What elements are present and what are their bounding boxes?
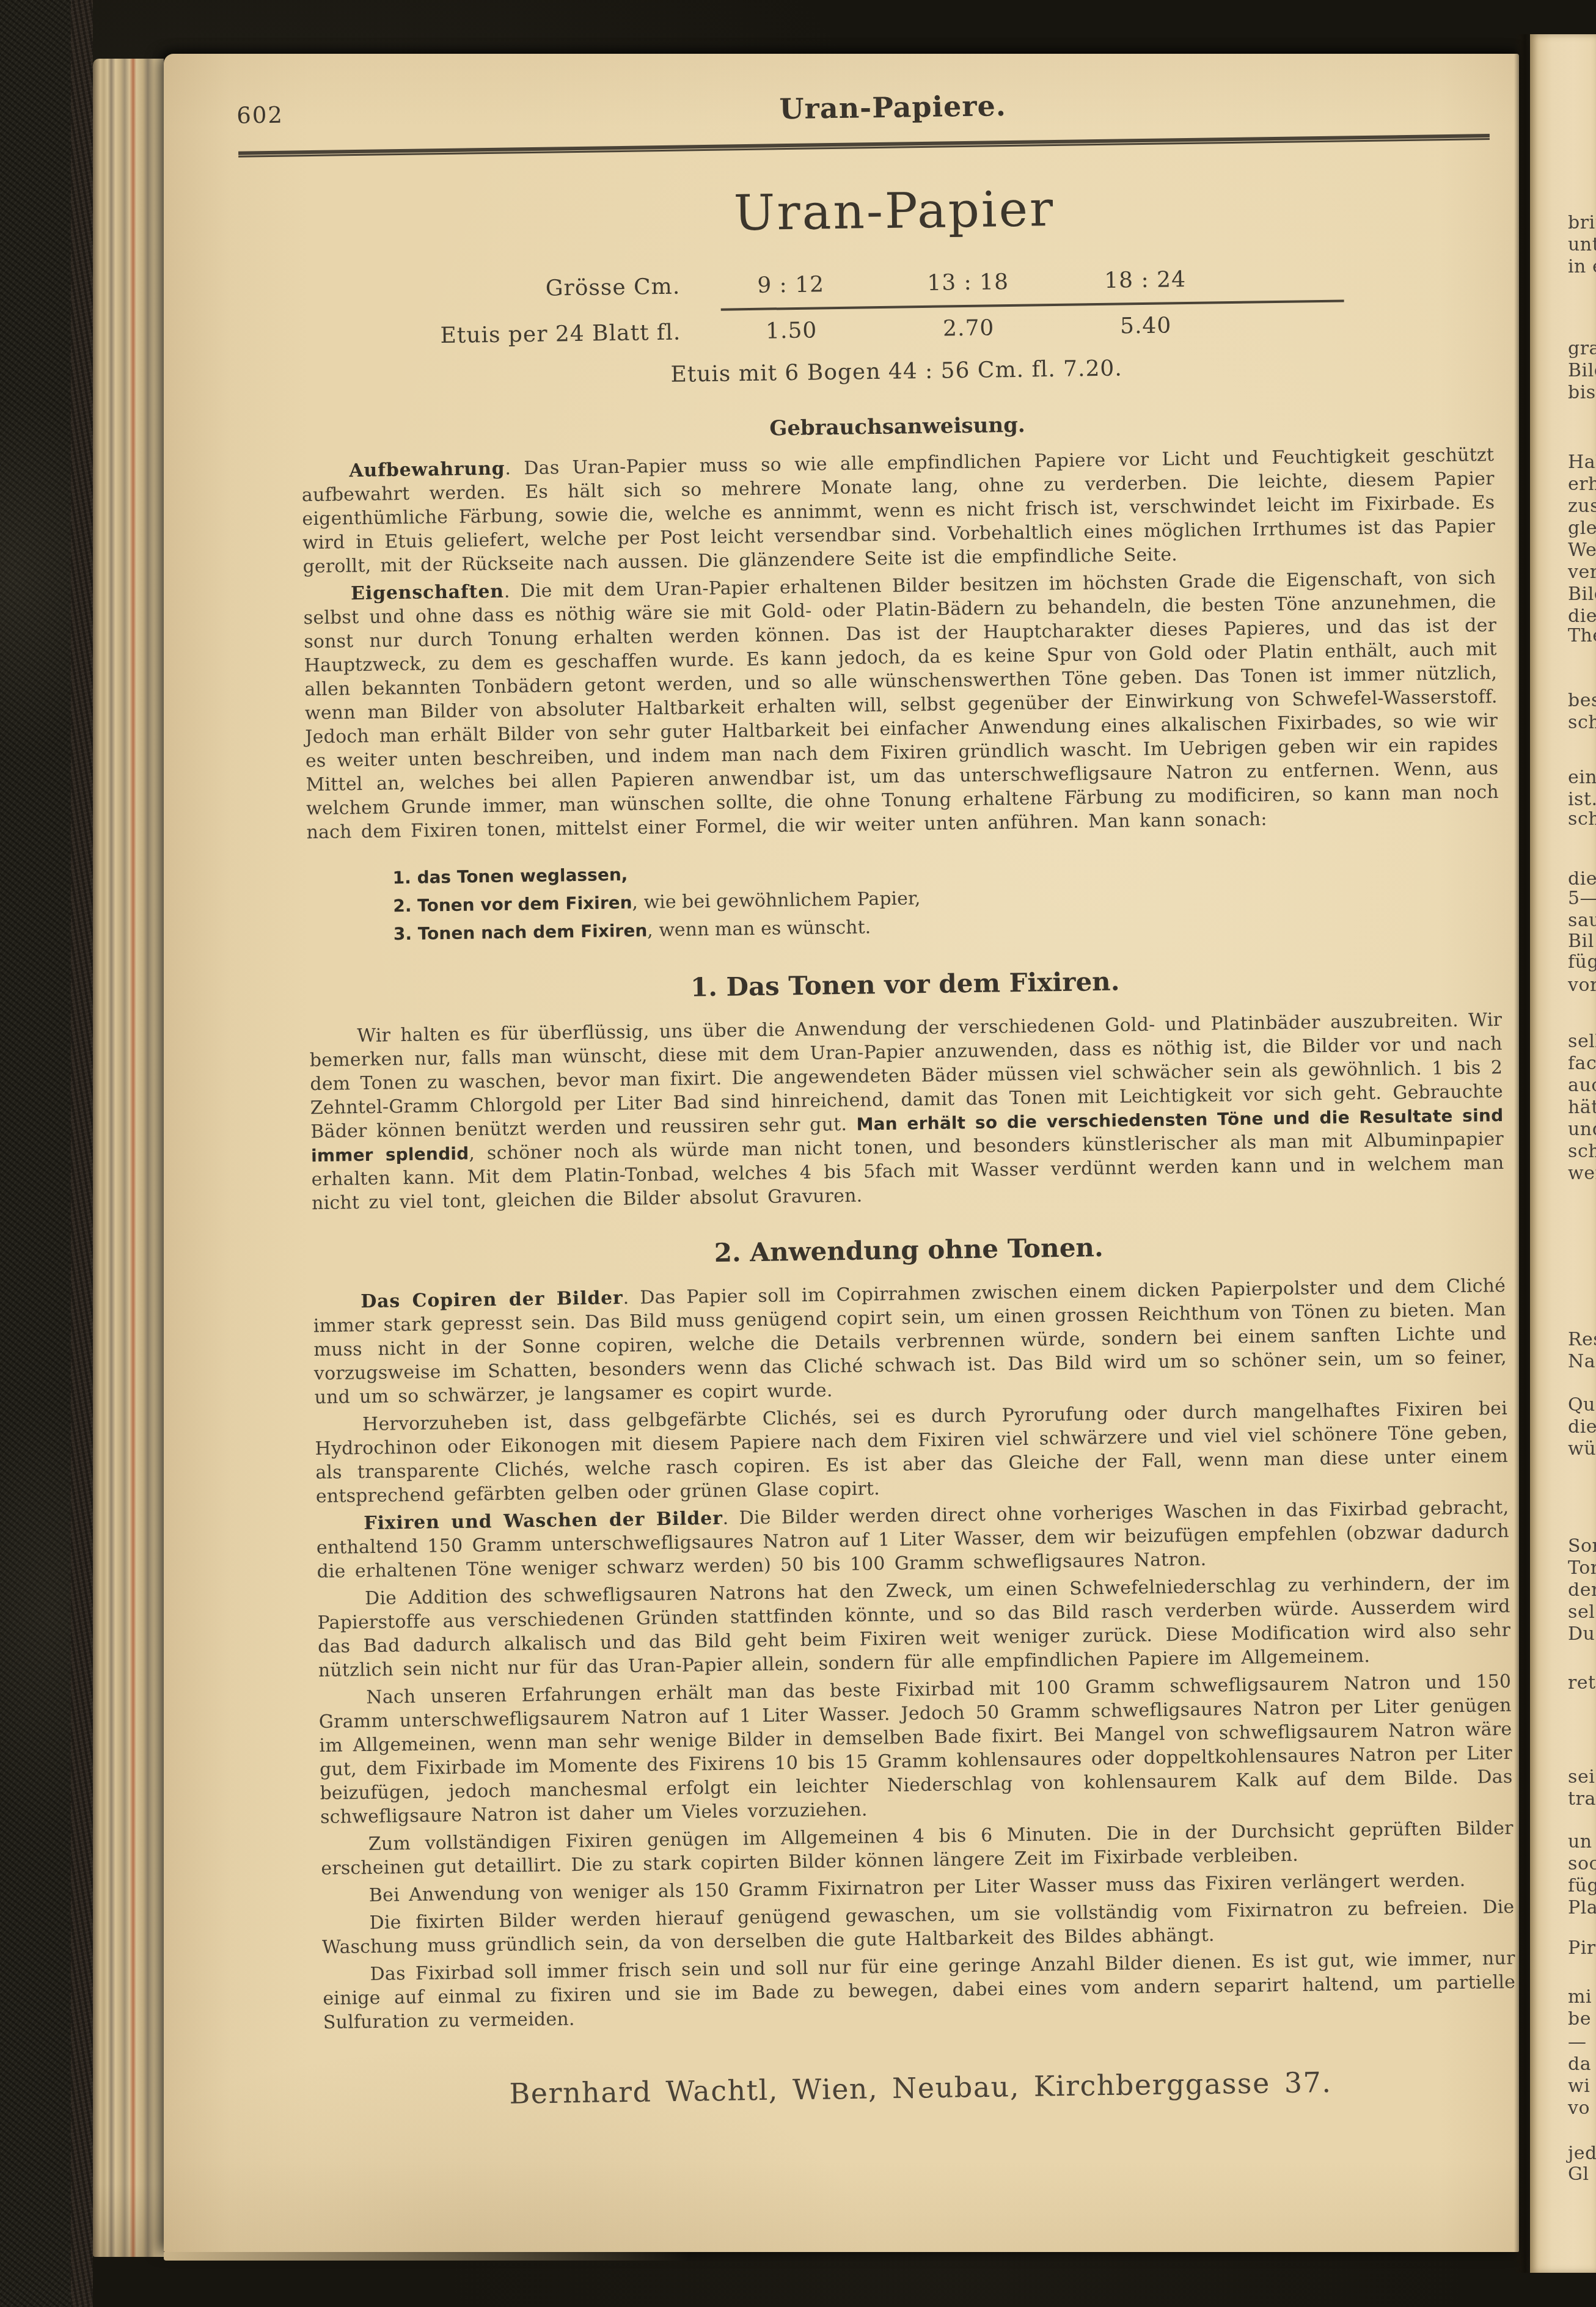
edge-fragment: grap: [1568, 338, 1596, 359]
edge-fragment: dies: [1568, 869, 1596, 890]
next-page-edge: bringuntein eigrapBildbis aHalterhazuset…: [1530, 34, 1596, 2273]
edge-fragment: Du: [1568, 1624, 1595, 1645]
toning-section-heading: 1. Das Tonen vor dem Fixiren.: [309, 961, 1501, 1007]
edge-fragment: jed: [1568, 2143, 1596, 2164]
text-run: . Die Bilder werden direct ohne vorherig…: [317, 1497, 1509, 1582]
edge-fragment: vor: [1568, 975, 1596, 996]
edge-fragment: wen: [1568, 1163, 1596, 1184]
catalog-page: 602 Uran-Papiere. Uran-Papier Grösse Cm.…: [164, 54, 1519, 2252]
price-value: 1.50: [703, 317, 880, 345]
edge-fragment: veru: [1568, 562, 1596, 583]
text-run: 2. Tonen vor dem Fixiren: [393, 893, 632, 916]
edge-fragment: vo: [1568, 2098, 1590, 2119]
edge-fragment: Pir: [1568, 1938, 1596, 1959]
edge-fragment: Halt: [1568, 452, 1596, 473]
edge-fragment: Na: [1568, 1351, 1595, 1372]
edge-fragment: be: [1568, 2009, 1591, 2030]
edge-fragment: selb: [1568, 1031, 1596, 1052]
edge-fragment: schw: [1568, 712, 1596, 733]
size-value: 9 : 12: [702, 271, 880, 299]
text-run: 3. Tonen nach dem Fixiren: [394, 920, 648, 944]
edge-fragment: Wen: [1568, 540, 1596, 561]
edge-fragment: Bild: [1568, 584, 1596, 605]
edge-fragment: bis a: [1568, 382, 1596, 403]
edge-fragment: Thei: [1568, 626, 1596, 646]
edge-fragment: Bil: [1568, 931, 1594, 952]
paragraph-fresh-bath: Das Fixirbad soll immer frisch sein und …: [322, 1947, 1515, 2035]
edge-fragment: der: [1568, 1580, 1596, 1601]
table-rule: [721, 299, 1344, 310]
running-header: Uran-Papiere.: [296, 82, 1490, 132]
edge-fragment: Pla: [1568, 1898, 1596, 1918]
page-content: 602 Uran-Papiere. Uran-Papier Grösse Cm.…: [152, 45, 1537, 2262]
text-run: . Die mit dem Uran-Papier erhaltenen Bil…: [303, 567, 1499, 843]
bottom-page-edge: [164, 2252, 689, 2261]
edge-fragment: schö: [1568, 809, 1596, 830]
page-gutter: [1514, 34, 1531, 2273]
edge-fragment: da: [1568, 2054, 1591, 2075]
edge-fragment: Bild: [1568, 360, 1596, 381]
edge-fragment: auch: [1568, 1075, 1596, 1096]
text-run: Aufbewahrung: [349, 458, 505, 482]
text-run: , schöner noch als würde man nicht tonen…: [311, 1128, 1504, 1214]
edge-fragment: 5—6: [1568, 888, 1596, 909]
edge-fragment: facu: [1568, 1053, 1596, 1074]
paragraph-fixing-washing: Fixiren und Waschen der Bilder. Die Bild…: [316, 1496, 1509, 1584]
edge-fragment: erha: [1568, 474, 1596, 495]
text-run: Nach unseren Erfahrungen erhält man das …: [319, 1671, 1513, 1828]
edge-fragment: die: [1568, 1417, 1596, 1438]
size-row: Grösse Cm. 9 : 12 13 : 18 18 : 24: [299, 263, 1492, 304]
price-table: Grösse Cm. 9 : 12 13 : 18 18 : 24 Etuis …: [299, 263, 1493, 392]
paragraph-toning: Wir halten es für überflüssig, uns über …: [309, 1008, 1504, 1215]
size-value: 13 : 18: [879, 269, 1057, 296]
edge-fragment: wi: [1568, 2076, 1590, 2097]
paragraph-yellow-cliches: Hervorzuheben ist, dass gelbgefärbte Cli…: [315, 1397, 1509, 1508]
text-run: Das Fixirbad soll immer frisch sein und …: [323, 1948, 1515, 2033]
paragraph-copying: Das Copiren der Bilder. Das Papier soll …: [313, 1274, 1507, 1409]
text-run: Das Copiren der Bilder: [361, 1287, 623, 1312]
edge-fragment: sei: [1568, 1767, 1595, 1788]
edge-fragment: sau: [1568, 910, 1596, 931]
edge-fragment: gleit: [1568, 518, 1596, 539]
text-run: Die Addition des schwefligsauren Natrons…: [317, 1572, 1510, 1681]
paragraph-best-bath: Nach unseren Erfahrungen erhält man das …: [318, 1670, 1513, 1829]
edge-fragment: unte: [1568, 235, 1596, 255]
edge-fragment: eini: [1568, 767, 1596, 788]
page-stack-edges: [93, 59, 164, 2257]
page-title: Uran-Papier: [298, 174, 1491, 247]
text-run: Fixiren und Waschen der Bilder: [364, 1508, 723, 1534]
page-number: 602: [236, 102, 284, 129]
edge-fragment: un: [1568, 1832, 1592, 1852]
edge-fragment: hätt: [1568, 1097, 1596, 1118]
header-rule: [238, 134, 1490, 158]
book-scan-scene: 602 Uran-Papiere. Uran-Papier Grösse Cm.…: [0, 0, 1596, 2307]
text-run: , wie bei gewöhnlichem Papier,: [632, 888, 920, 913]
price-value: 2.70: [880, 315, 1058, 342]
edge-fragment: soc: [1568, 1854, 1596, 1874]
edge-fragment: zuset: [1568, 496, 1596, 517]
usage-heading: Gebrauchsanweisung.: [301, 406, 1493, 447]
edge-fragment: besc: [1568, 690, 1596, 711]
book-cover-left: [0, 0, 71, 2307]
paragraph-storage: Aufbewahrung. Das Uran-Papier muss so wi…: [301, 443, 1496, 579]
text-run: 1. das Tonen weglassen,: [392, 865, 628, 888]
imprint: Bernhard Wachtl, Wien, Neubau, Kirchberg…: [324, 2063, 1517, 2113]
edge-fragment: füg: [1568, 952, 1596, 973]
edge-fragment: sel: [1568, 1602, 1595, 1623]
no-toning-section-heading: 2. Anwendung ohne Tonen.: [312, 1227, 1505, 1273]
edge-fragment: wü: [1568, 1439, 1596, 1460]
edge-fragment: füg: [1568, 1876, 1596, 1896]
edge-fragment: Res: [1568, 1329, 1596, 1350]
edge-fragment: bring: [1568, 213, 1596, 233]
text-run: Eigenschaften: [351, 581, 504, 604]
edge-fragment: Son: [1568, 1536, 1596, 1557]
book-cover-fold: [71, 0, 93, 2307]
paragraph-sulfite-addition: Die Addition des schwefligsauren Natrons…: [317, 1571, 1511, 1683]
edge-fragment: ist.: [1568, 789, 1596, 810]
edge-fragment: und: [1568, 1119, 1596, 1140]
edge-fragment: Qu: [1568, 1395, 1595, 1416]
edge-fragment: Gl: [1568, 2164, 1589, 2185]
toning-options-list: 1. das Tonen weglassen, 2. Tonen vor dem…: [307, 849, 1501, 949]
edge-fragment: tra: [1568, 1789, 1596, 1810]
edge-fragment: in ei: [1568, 257, 1596, 277]
edge-fragment: schw: [1568, 1141, 1596, 1162]
paragraph-properties: Eigenschaften. Die mit dem Uran-Papier e…: [303, 566, 1499, 844]
size-value: 18 : 24: [1056, 266, 1234, 294]
text-run: Hervorzuheben ist, dass gelbgefärbte Cli…: [315, 1398, 1508, 1507]
price-row-label: Etuis per 24 Blatt fl.: [299, 320, 703, 350]
bogen-price-note: Etuis mit 6 Bogen 44 : 56 Cm. fl. 7.20.: [300, 351, 1493, 392]
edge-fragment: ret: [1568, 1673, 1596, 1694]
price-value: 5.40: [1057, 312, 1235, 340]
edge-fragment: —: [1568, 2032, 1587, 2053]
price-row: Etuis per 24 Blatt fl. 1.50 2.70 5.40: [299, 309, 1492, 350]
edge-fragment: Ton: [1568, 1558, 1596, 1579]
size-label: Grösse Cm.: [299, 274, 703, 304]
edge-fragment: dies: [1568, 606, 1596, 627]
text-run: , wenn man es wünscht.: [647, 916, 871, 941]
edge-fragment: mi: [1568, 1987, 1592, 2008]
